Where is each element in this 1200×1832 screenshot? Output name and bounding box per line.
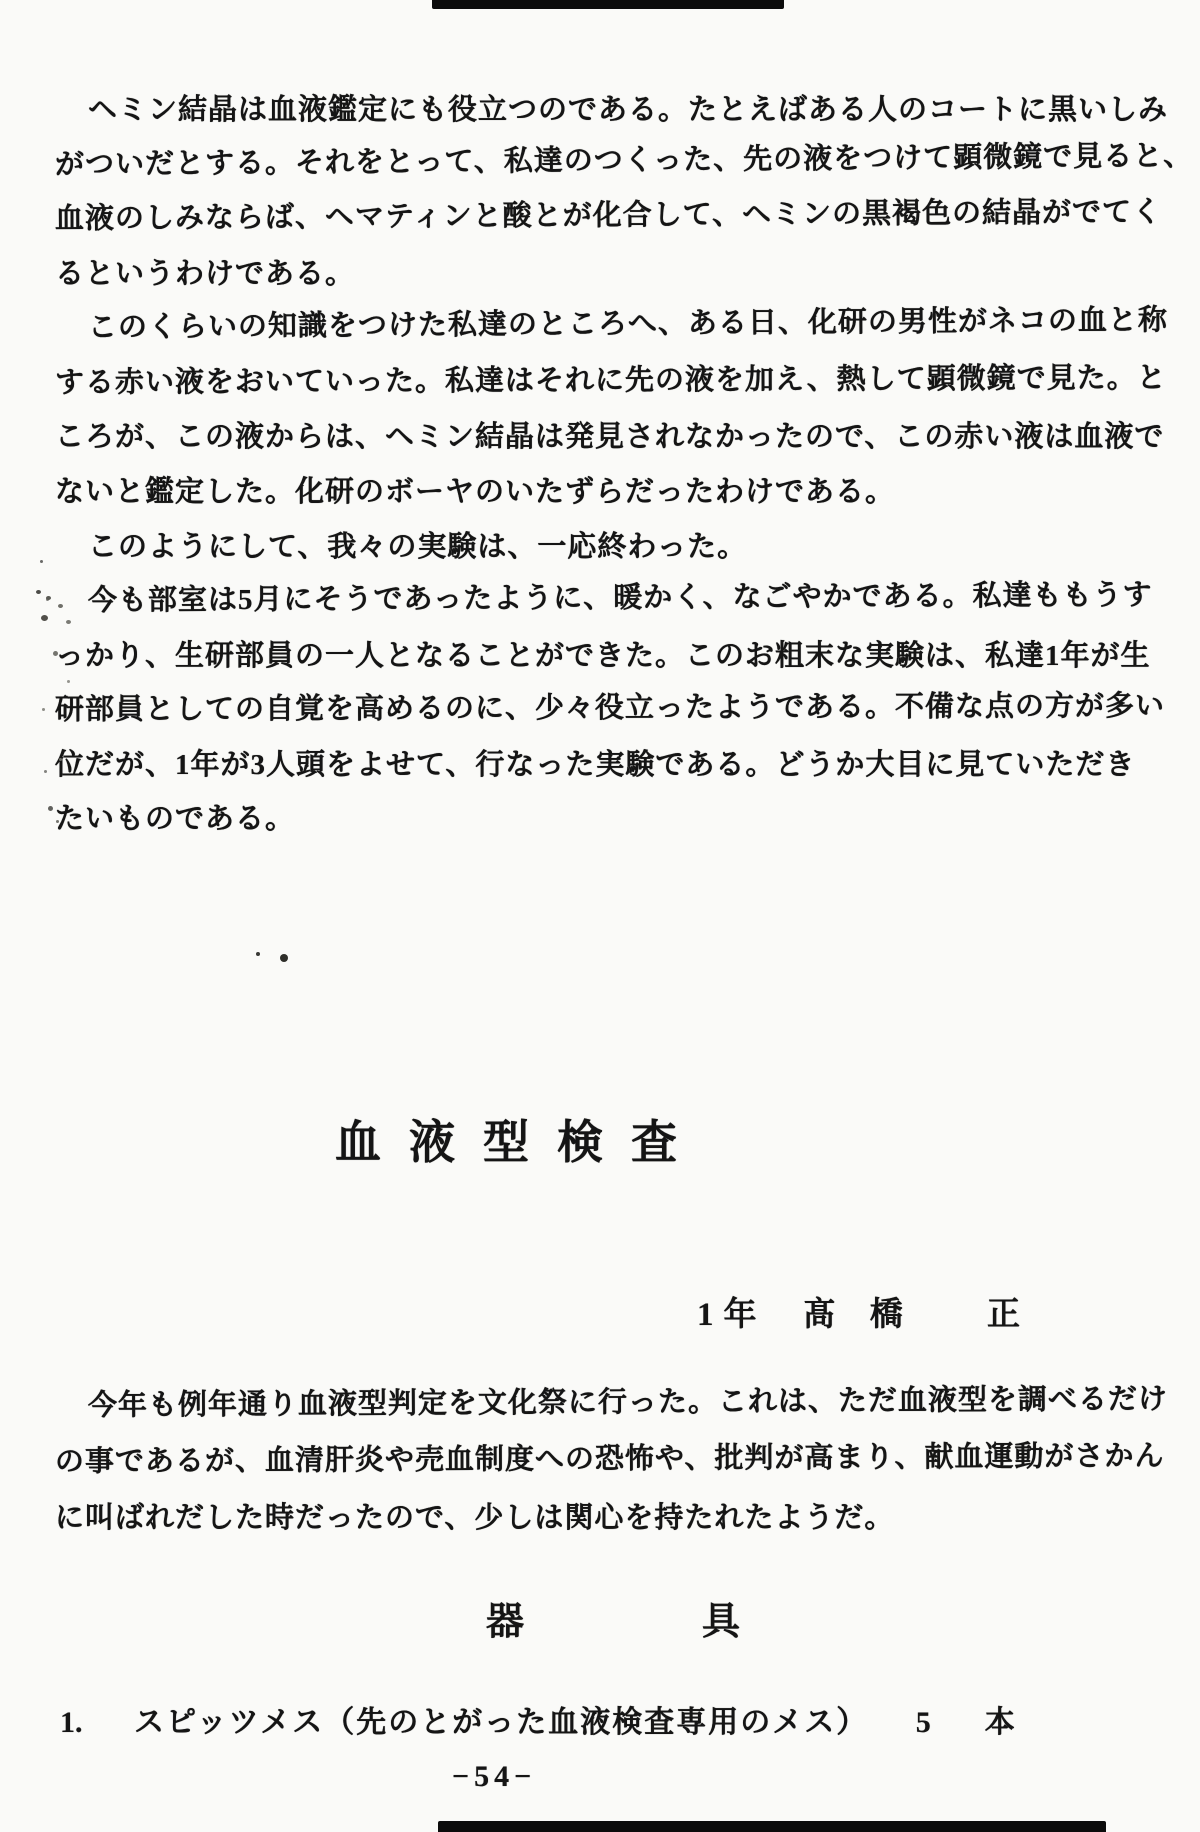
equipment-section-heading: 器具 [486,1590,918,1645]
text-line: に叫ばれだした時だったので、少しは関心を持たれたようだ。 [55,1490,1160,1546]
ink-speckles-left-margin [40,560,43,563]
page-number: −54− [452,1760,536,1794]
ink-speckle-stray-dot [256,952,260,956]
text-line: 研部員としての自覚を高めるのに、少々役立ったようである。不備な点の方が多い [55,679,1160,737]
article-title: 血液型検査 [335,1106,705,1172]
paragraph-hemin-crystal-identification: ヘミン結晶は血液鑑定にも役立つのである。たとえばある人のコートに黒いしみ がつい… [55,83,1160,301]
scan-artifact-top-bar [432,0,784,9]
author-byline: 1年 髙橋 正 [697,1288,1020,1335]
text-line: るというわけである。 [55,247,1160,302]
text-line: ヘミン結晶は血液鑑定にも役立つのである。たとえばある人のコートに黒いしみ [55,83,1160,138]
scan-artifact-bottom-bar [438,1821,1106,1832]
text-line: このようにして、我々の実験は、一応終わった。 [55,520,1160,575]
paragraph-blood-typing-festival: 今年も例年通り血液型判定を文化祭に行った。これは、ただ血液型を調べるだけ の事で… [55,1378,1160,1546]
text-line: ないと鑑定した。化研のボーヤのいたずらだったわけである。 [55,465,1160,520]
equipment-item-quantity: 5 本 [916,1706,1027,1739]
author-given-name: 正 [987,1297,1020,1333]
text-line: 今も部室は5月にそうであったように、暖かく、なごやかである。私達ももうす [55,568,1160,628]
text-line: っかり、生研部員の一人となることができた。このお粗末な実験は、私達1年が生 [55,629,1160,684]
equipment-list-item: 1. スピッツメス（先のとがった血液検査専用のメス） 5 本 [0,1698,1027,1748]
text-line: このくらいの知識をつけた私達のところへ、ある日、化研の男性がネコの血と称 [55,293,1160,355]
author-grade: 1年 [697,1297,767,1333]
text-line: たいものである。 [55,792,1160,847]
text-line: がついだとする。それをとって、私達のつくった、先の液をつけて顕微鏡で見ると、 [55,129,1160,192]
paragraph-cat-blood-anecdote: このくらいの知識をつけた私達のところへ、ある日、化研の男性がネコの血と称 する赤… [55,301,1160,519]
ink-speckles-smudge [36,590,41,594]
paragraph-club-room-reflection: 今も部室は5月にそうであったように、暖かく、なごやかである。私達ももうす っかり… [55,574,1160,847]
text-line: の事であるが、血清肝炎や売血制度への恐怖や、批判が高まり、献血運動がさかん [55,1428,1160,1490]
text-line: 血液のしみならば、ヘマティンと酸とが化合して、ヘミンの黒褐色の結晶がでてく [55,185,1160,246]
text-line: 位だが、1年が3人頭をよせて、行なった実験である。どうか大目に見ていただき [55,738,1160,793]
text-line: 今年も例年通り血液型判定を文化祭に行った。これは、ただ血液型を調べるだけ [55,1371,1160,1434]
text-line: ころが、この液からは、ヘミン結晶は発見されなかったので、この赤い液は血液で [55,410,1160,465]
equipment-item-name: スピッツメス（先のとがった血液検査専用のメス） [134,1706,868,1739]
author-surname: 髙橋 [803,1297,937,1333]
text-line: する赤い液をおいていった。私達はそれに先の液を加え、熱して顕微鏡で見た。と [55,351,1160,410]
paragraph-experiment-conclusion: このようにして、我々の実験は、一応終わった。 [55,520,1160,575]
scanned-document-page: ヘミン結晶は血液鑑定にも役立つのである。たとえばある人のコートに黒いしみ がつい… [0,0,1200,1832]
equipment-item-number: 1. [60,1706,83,1739]
